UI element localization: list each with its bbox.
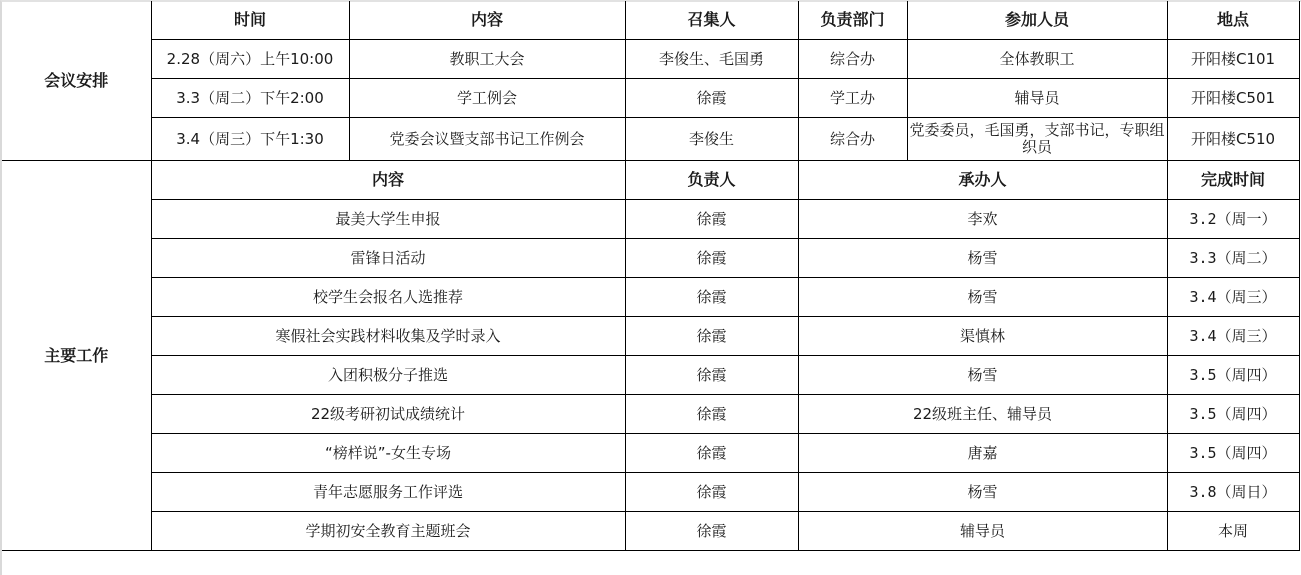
work-row: 雷锋日活动 徐霞 杨雪 3.3（周二） [2,239,1299,278]
work-content: “榜样说”-女生专场 [151,434,625,473]
work-deadline: 3.5（周四） [1167,434,1299,473]
work-handler: 李欢 [798,200,1167,239]
work-deadline: 3.4（周三） [1167,278,1299,317]
work-owner: 徐霞 [625,200,798,239]
work-deadline: 3.5（周四） [1167,356,1299,395]
work-handler: 唐嘉 [798,434,1167,473]
meeting-location: 开阳楼C101 [1167,40,1299,79]
header-department: 负责部门 [798,1,907,40]
meeting-department: 综合办 [798,118,907,161]
meeting-row: 3.4（周三）下午1:30 党委会议暨支部书记工作例会 李俊生 综合办 党委委员… [2,118,1299,161]
meeting-location: 开阳楼C510 [1167,118,1299,161]
meeting-department: 综合办 [798,40,907,79]
meeting-participants: 全体教职工 [907,40,1167,79]
meeting-convener: 李俊生 [625,118,798,161]
meeting-location: 开阳楼C501 [1167,79,1299,118]
work-deadline: 3.3（周二） [1167,239,1299,278]
work-content: 校学生会报名人选推荐 [151,278,625,317]
header-convener: 召集人 [625,1,798,40]
work-handler: 辅导员 [798,512,1167,551]
work-content: 雷锋日活动 [151,239,625,278]
work-content: 学期初安全教育主题班会 [151,512,625,551]
meeting-convener: 徐霞 [625,79,798,118]
section-label-meetings: 会议安排 [2,1,151,161]
work-row: 22级考研初试成绩统计 徐霞 22级班主任、辅导员 3.5（周四） [2,395,1299,434]
work-owner: 徐霞 [625,512,798,551]
work-row: 入团积极分子推选 徐霞 杨雪 3.5（周四） [2,356,1299,395]
work-handler: 杨雪 [798,356,1167,395]
header-deadline: 完成时间 [1167,161,1299,200]
work-deadline: 3.8（周日） [1167,473,1299,512]
work-owner: 徐霞 [625,356,798,395]
work-row: 学期初安全教育主题班会 徐霞 辅导员 本周 [2,512,1299,551]
meeting-department: 学工办 [798,79,907,118]
work-row: “榜样说”-女生专场 徐霞 唐嘉 3.5（周四） [2,434,1299,473]
schedule-table: 会议安排 时间 内容 召集人 负责部门 参加人员 地点 2.28（周六）上午10… [2,1,1300,551]
header-participants: 参加人员 [907,1,1167,40]
work-content: 入团积极分子推选 [151,356,625,395]
work-owner: 徐霞 [625,239,798,278]
meeting-convener: 李俊生、毛国勇 [625,40,798,79]
work-handler: 杨雪 [798,473,1167,512]
meeting-row: 2.28（周六）上午10:00 教职工大会 李俊生、毛国勇 综合办 全体教职工 … [2,40,1299,79]
work-handler: 杨雪 [798,278,1167,317]
work-content: 最美大学生申报 [151,200,625,239]
work-handler: 渠慎林 [798,317,1167,356]
work-owner: 徐霞 [625,473,798,512]
work-owner: 徐霞 [625,434,798,473]
work-owner: 徐霞 [625,278,798,317]
meeting-time: 3.4（周三）下午1:30 [151,118,349,161]
header-content: 内容 [349,1,625,40]
meeting-time: 2.28（周六）上午10:00 [151,40,349,79]
meeting-row: 3.3（周二）下午2:00 学工例会 徐霞 学工办 辅导员 开阳楼C501 [2,79,1299,118]
meetings-header-row: 会议安排 时间 内容 召集人 负责部门 参加人员 地点 [2,1,1299,40]
header-handler: 承办人 [798,161,1167,200]
meeting-participants: 党委委员，毛国勇，支部书记，专职组织员 [907,118,1167,161]
work-content: 青年志愿服务工作评选 [151,473,625,512]
work-row: 最美大学生申报 徐霞 李欢 3.2（周一） [2,200,1299,239]
work-deadline: 3.4（周三） [1167,317,1299,356]
meeting-content: 学工例会 [349,79,625,118]
work-deadline: 3.2（周一） [1167,200,1299,239]
work-owner: 徐霞 [625,395,798,434]
meeting-content: 教职工大会 [349,40,625,79]
work-handler: 22级班主任、辅导员 [798,395,1167,434]
work-owner: 徐霞 [625,317,798,356]
work-row: 校学生会报名人选推荐 徐霞 杨雪 3.4（周三） [2,278,1299,317]
work-deadline: 3.5（周四） [1167,395,1299,434]
section-label-main-work: 主要工作 [2,161,151,551]
work-handler: 杨雪 [798,239,1167,278]
work-row: 寒假社会实践材料收集及学时录入 徐霞 渠慎林 3.4（周三） [2,317,1299,356]
work-deadline: 本周 [1167,512,1299,551]
meeting-content: 党委会议暨支部书记工作例会 [349,118,625,161]
header-location: 地点 [1167,1,1299,40]
work-header-row: 主要工作 内容 负责人 承办人 完成时间 [2,161,1299,200]
work-row: 青年志愿服务工作评选 徐霞 杨雪 3.8（周日） [2,473,1299,512]
meeting-participants: 辅导员 [907,79,1167,118]
header-work-content: 内容 [151,161,625,200]
header-time: 时间 [151,1,349,40]
work-content: 22级考研初试成绩统计 [151,395,625,434]
work-content: 寒假社会实践材料收集及学时录入 [151,317,625,356]
meeting-time: 3.3（周二）下午2:00 [151,79,349,118]
header-owner: 负责人 [625,161,798,200]
